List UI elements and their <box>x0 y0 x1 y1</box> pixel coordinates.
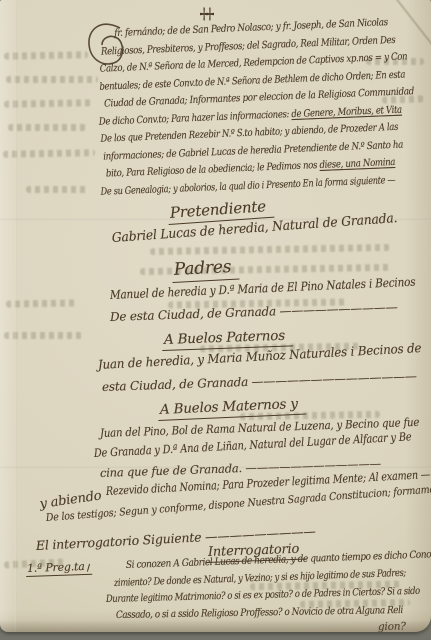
opening-paragraph: fr. fernándo; de de San Pedro Nolasco; y… <box>92 12 431 201</box>
heading-text: Padres <box>171 256 240 282</box>
fold-crease <box>15 0 17 632</box>
manuscript-scan: ‡ fr. fernándo; de de San Pedro Nolasco;… <box>0 0 431 640</box>
underlined-phrase: diese, una Nomina <box>319 157 395 171</box>
question-line: Cassado, o si a ssido Religioso Proffess… <box>116 605 403 621</box>
bleed-through <box>150 244 390 255</box>
bleed-through <box>4 99 92 108</box>
bleed-through <box>8 124 86 131</box>
underlined-phrase: de Genere, Moribus, et Vita <box>291 104 402 119</box>
question-line-carryover: gion? <box>378 621 406 632</box>
heading-abuelos-paternos: A Buelos Paternos <box>162 327 294 348</box>
question-number-label: 1.ª Preg.ta <box>26 560 92 575</box>
bleed-through <box>6 76 98 83</box>
cross-mark-icon: ‡ <box>196 7 216 21</box>
bleed-through <box>26 186 88 193</box>
heading-pretendiente: Pretendiente <box>167 197 274 222</box>
manuscript-line: esta Ciudad, de Granada —————————————— <box>102 369 417 394</box>
heading-abuelos-maternos: A Buelos Maternos y <box>158 396 306 418</box>
manuscript-line: Manuel de heredia y D.ª Maria de El Pino… <box>110 275 416 302</box>
label-text: 1.ª Preg.ta <box>26 560 92 577</box>
heading-padres: Padres <box>171 256 239 280</box>
paper-sheet: ‡ fr. fernándo; de de San Pedro Nolasco;… <box>0 0 431 632</box>
